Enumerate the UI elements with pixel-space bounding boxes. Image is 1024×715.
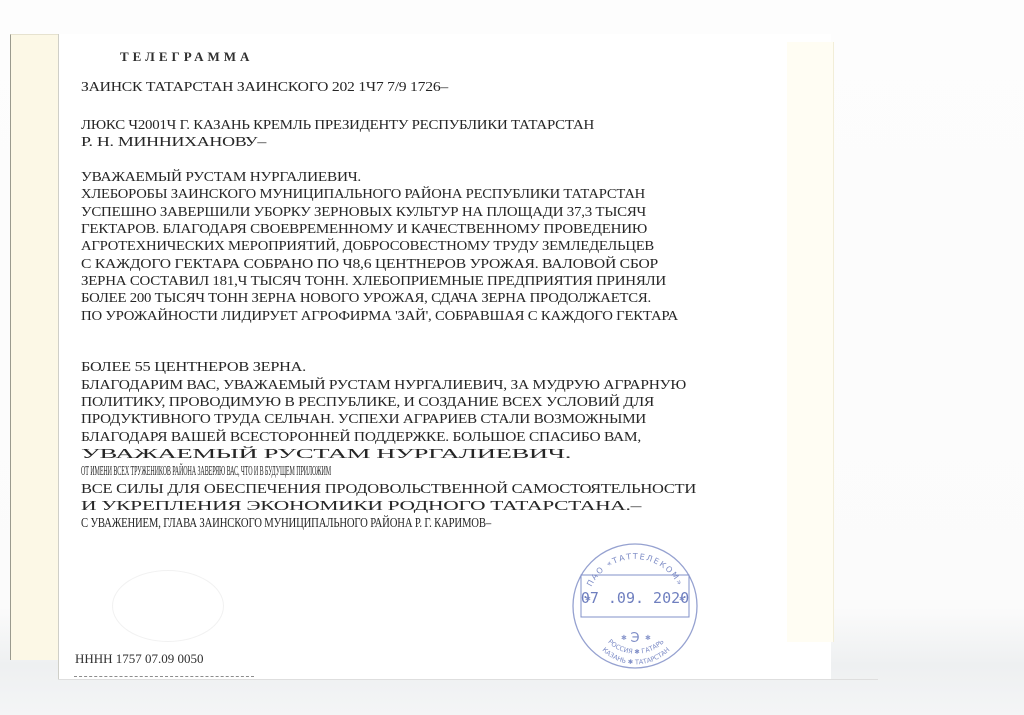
telegram-line: ЗЕРНА СОСТАВИЛ 181,Ч ТЫСЯЧ ТОНН. ХЛЕБОПР… [81, 273, 666, 289]
faint-bleed-through-mark [112, 570, 224, 642]
svg-text:ПАО «ТАТТЕЛЕКОМ»: ПАО «ТАТТЕЛЕКОМ» [585, 552, 685, 588]
telegram-heading: ТЕЛЕГРАММА [120, 49, 253, 65]
telegram-line: ПОЛИТИКУ, ПРОВОДИМУЮ В РЕСПУБЛИКЕ, И СОЗ… [81, 394, 654, 410]
telegram-line: УВАЖАЕМЫЙ РУСТАМ НУРГАЛИЕВИЧ. [81, 169, 361, 185]
telegram-line: УСПЕШНО ЗАВЕРШИЛИ УБОРКУ ЗЕРНОВЫХ КУЛЬТУ… [81, 204, 646, 220]
telegram-line: ХЛЕБОРОБЫ ЗАИНСКОГО МУНИЦИПАЛЬНОГО РАЙОН… [81, 186, 645, 202]
footer-dashed-line [74, 676, 254, 677]
telegram-line: Р. Н. МИННИХАНОВУ– [81, 134, 266, 150]
telegram-line: УВАЖАЕМЫЙ РУСТАМ НУРГАЛИЕВИЧ. [81, 446, 571, 462]
telegram-line: С КАЖДОГО ГЕКТАРА СОБРАНО ПО Ч8,6 ЦЕНТНЕ… [81, 256, 658, 272]
underlying-paper-left-edge [10, 34, 61, 660]
telegram-line: БЛАГОДАРИМ ВАС, УВАЖАЕМЫЙ РУСТАМ НУРГАЛИ… [81, 377, 686, 393]
telegram-line: ЗАИНСК ТАТАРСТАН ЗАИНСКОГО 202 1Ч7 7/9 1… [81, 79, 448, 95]
telegram-line: БОЛЕЕ 55 ЦЕНТНЕРОВ ЗЕРНА. [81, 359, 306, 375]
svg-text:Э: Э [630, 631, 639, 646]
telegram-line: АГРОТЕХНИЧЕСКИХ МЕРОПРИЯТИЙ, ДОБРОСОВЕСТ… [81, 238, 654, 254]
paper-bottom-edge [58, 679, 878, 680]
telegram-line: ПРОДУКТИВНОГО ТРУДА СЕЛЬЧАН. УСПЕХИ АГРА… [81, 411, 646, 427]
telegram-line: БЛАГОДАРЯ ВАШЕЙ ВСЕСТОРОННЕЙ ПОДДЕРЖКЕ. … [81, 429, 641, 445]
stamp-circle-icon: ПАО «ТАТТЕЛЕКОМ» ✱ ✱ 07 .09. 2020 ✱ Э ✱ … [565, 541, 705, 671]
postal-stamp: ПАО «ТАТТЕЛЕКОМ» ✱ ✱ 07 .09. 2020 ✱ Э ✱ … [565, 541, 705, 671]
telegram-line: ПО УРОЖАЙНОСТИ ЛИДИРУЕТ АГРОФИРМА 'ЗАЙ',… [81, 308, 678, 324]
telegram-line: ЛЮКС Ч2001Ч Г. КАЗАНЬ КРЕМЛЬ ПРЕЗИДЕНТУ … [81, 117, 594, 133]
telegram-footer-code: НННН 1757 07.09 0050 [75, 651, 204, 667]
telegram-line: ОТ ИМЕНИ ВСЕХ ТРУЖЕНИКОВ РАЙОНА ЗАВЕРЯЮ … [81, 463, 331, 479]
telegram-line: БОЛЕЕ 200 ТЫСЯЧ ТОНН ЗЕРНА НОВОГО УРОЖАЯ… [81, 290, 651, 306]
svg-text:✱: ✱ [645, 634, 651, 642]
svg-text:✱: ✱ [621, 634, 627, 642]
telegram-line: ГЕКТАРОВ. БЛАГОДАРЯ СВОЕВРЕМЕННОМУ И КАЧ… [81, 221, 647, 237]
telegram-line: И УКРЕПЛЕНИЯ ЭКОНОМИКИ РОДНОГО ТАТАРСТАН… [81, 498, 641, 514]
telegram-line: ВСЕ СИЛЫ ДЛЯ ОБЕСПЕЧЕНИЯ ПРОДОВОЛЬСТВЕНН… [81, 481, 696, 497]
telegram-line: С УВАЖЕНИЕМ, ГЛАВА ЗАИНСКОГО МУНИЦИПАЛЬН… [81, 515, 491, 531]
underlying-paper-right-strip [787, 42, 834, 642]
svg-text:07 .09. 2020: 07 .09. 2020 [581, 589, 689, 607]
